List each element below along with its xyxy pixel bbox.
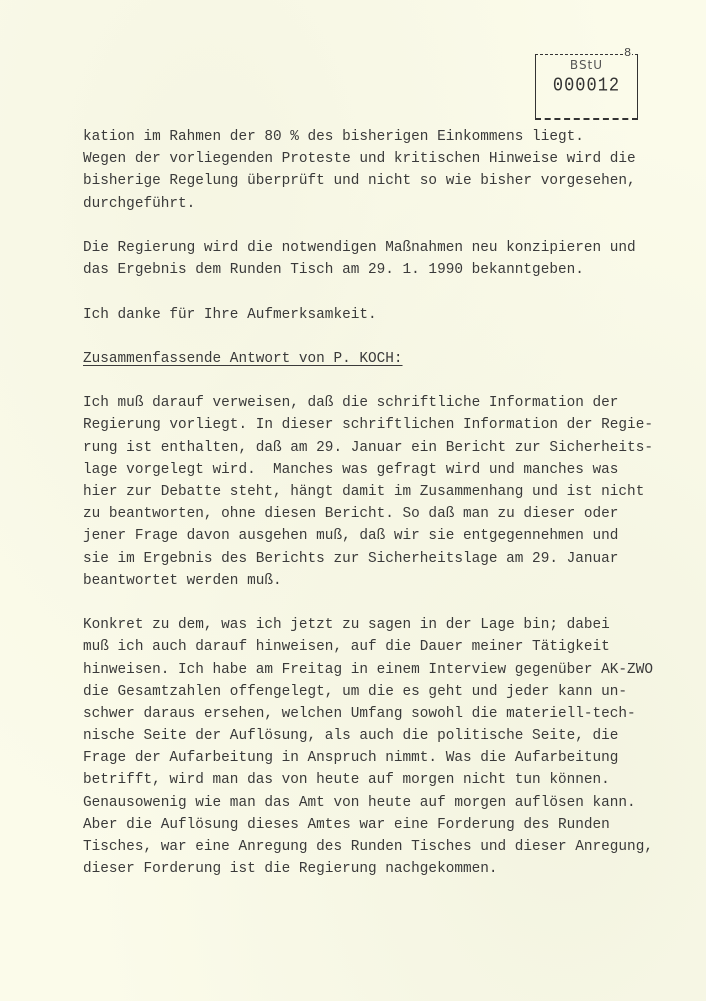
text-line: muß ich auch darauf hinweisen, auf die D… bbox=[83, 636, 683, 658]
text-line: rung ist enthalten, daß am 29. Januar ei… bbox=[83, 437, 683, 459]
paragraph: Konkret zu dem, was ich jetzt zu sagen i… bbox=[83, 614, 683, 880]
paragraph: Die Regierung wird die notwendigen Maßna… bbox=[83, 237, 683, 281]
text-line: Die Regierung wird die notwendigen Maßna… bbox=[83, 237, 683, 259]
text-line: durchgeführt. bbox=[83, 193, 683, 215]
text-line: Wegen der vorliegenden Proteste und krit… bbox=[83, 148, 683, 170]
text-line: zu beantworten, ohne diesen Bericht. So … bbox=[83, 503, 683, 525]
text-line: Zusammenfassende Antwort von P. KOCH: bbox=[83, 348, 683, 370]
text-line: lage vorgelegt wird. Manches was gefragt… bbox=[83, 459, 683, 481]
paragraph: Ich muß darauf verweisen, daß die schrif… bbox=[83, 392, 683, 592]
text-line: das Ergebnis dem Runden Tisch am 29. 1. … bbox=[83, 259, 683, 281]
archive-stamp: BStU 000012 bbox=[535, 54, 638, 120]
text-line: hinweisen. Ich habe am Freitag in einem … bbox=[83, 659, 683, 681]
text-line: beantwortet werden muß. bbox=[83, 570, 683, 592]
text-line: die Gesamtzahlen offengelegt, um die es … bbox=[83, 681, 683, 703]
paragraph-gap bbox=[83, 281, 683, 303]
paragraph: kation im Rahmen der 80 % des bisherigen… bbox=[83, 126, 683, 215]
text-line: Aber die Auflösung dieses Amtes war eine… bbox=[83, 814, 683, 836]
text-line: sie im Ergebnis des Berichts zur Sicherh… bbox=[83, 548, 683, 570]
text-line: hier zur Debatte steht, hängt damit im Z… bbox=[83, 481, 683, 503]
text-line: Konkret zu dem, was ich jetzt zu sagen i… bbox=[83, 614, 683, 636]
text-line: Regierung vorliegt. In dieser schriftlic… bbox=[83, 414, 683, 436]
text-line: Frage der Aufarbeitung in Anspruch nimmt… bbox=[83, 747, 683, 769]
text-line: jener Frage davon ausgehen muß, daß wir … bbox=[83, 525, 683, 547]
text-line: Genausowenig wie man das Amt von heute a… bbox=[83, 792, 683, 814]
text-line: nische Seite der Auflösung, als auch die… bbox=[83, 725, 683, 747]
document-page: BStU 000012 8 kation im Rahmen der 80 % … bbox=[0, 0, 706, 1001]
text-line: Ich danke für Ihre Aufmerksamkeit. bbox=[83, 304, 683, 326]
paragraph-gap bbox=[83, 215, 683, 237]
stamp-agency: BStU bbox=[536, 58, 637, 72]
text-line: kation im Rahmen der 80 % des bisherigen… bbox=[83, 126, 683, 148]
text-line: dieser Forderung ist die Regierung nachg… bbox=[83, 858, 683, 880]
text-line: Tisches, war eine Anregung des Runden Ti… bbox=[83, 836, 683, 858]
page-number: 8 bbox=[623, 46, 632, 60]
text-line: schwer daraus ersehen, welchen Umfang so… bbox=[83, 703, 683, 725]
text-line: bisherige Regelung überprüft und nicht s… bbox=[83, 170, 683, 192]
paragraph-gap bbox=[83, 326, 683, 348]
section-heading: Zusammenfassende Antwort von P. KOCH: bbox=[83, 348, 683, 370]
text-line: Ich muß darauf verweisen, daß die schrif… bbox=[83, 392, 683, 414]
paragraph: Ich danke für Ihre Aufmerksamkeit. bbox=[83, 304, 683, 326]
document-body: kation im Rahmen der 80 % des bisherigen… bbox=[83, 126, 683, 880]
stamp-number: 000012 bbox=[536, 76, 637, 98]
paragraph-gap bbox=[83, 592, 683, 614]
paragraph-gap bbox=[83, 370, 683, 392]
text-line: betrifft, wird man das von heute auf mor… bbox=[83, 769, 683, 791]
